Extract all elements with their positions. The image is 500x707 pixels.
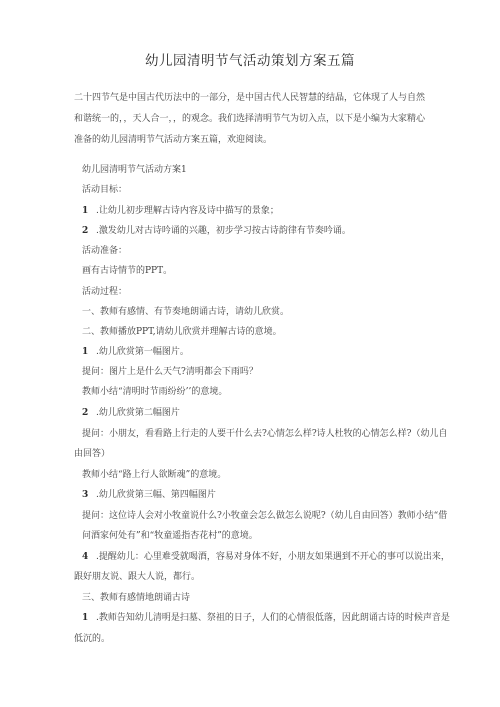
- document-page: 幼儿园清明节气活动策划方案五篇 二十四节气是中国古代历法中的一部分，是中国古代人…: [0, 0, 500, 707]
- sub-step-number: 1: [82, 612, 96, 624]
- sub-step-number: 2: [82, 407, 96, 419]
- sub-step: 3.幼儿欣赏第三幅、第四幅图片: [82, 489, 216, 501]
- section-title: 幼儿园清明节气活动方案1: [82, 164, 187, 176]
- summary-text: 教师小结“路上行人欲断魂”的意境。: [82, 469, 226, 481]
- goal-item: 1.让幼儿初步理解古诗内容及诗中描写的景象；: [82, 205, 279, 217]
- sub-step-number: 4: [82, 551, 96, 563]
- sub-step: 2.幼儿欣赏第二幅图片: [82, 407, 180, 419]
- sub-step-text: .提醒幼儿：心里难受就喝酒，容易对身体不好，小朋友如果遇到不开心的事可以说出来，: [96, 552, 450, 562]
- goal-text: .让幼儿初步理解古诗内容及诗中描写的景象；: [96, 206, 279, 216]
- question-text: 提问：图片上是什么天气?清明都会下雨吗？: [82, 366, 258, 378]
- document-title: 幼儿园清明节气活动策划方案五篇: [0, 49, 500, 69]
- step-one: 一、教师有感情、有节奏地朗诵古诗，请幼儿欣赏。: [82, 306, 289, 318]
- sub-step-text: .幼儿欣赏第二幅图片: [96, 408, 180, 418]
- sub-step-text: .幼儿欣赏第三幅、第四幅图片: [96, 490, 216, 500]
- question-text: 提问：小朋友，看看路上行走的人要干什么去?心情怎么样?诗人杜牧的心情怎么样?（幼…: [82, 428, 447, 440]
- process-label: 活动过程：: [82, 286, 127, 298]
- step-two: 二、教师播放PPT,请幼儿欣赏并理解古诗的意境。: [82, 326, 282, 338]
- goal-item: 2.激发幼儿对古诗吟诵的兴趣，初步学习按古诗韵律有节奏吟诵。: [82, 225, 351, 237]
- intro-paragraph: 二十四节气是中国古代历法中的一部分，是中国古代人民智慧的结晶，它体现了人与自然和…: [74, 88, 430, 151]
- prep-text: 画有古诗情节的PPT。: [82, 265, 172, 277]
- question-text-continued: 由回答）: [74, 448, 110, 460]
- goal-number: 2: [82, 225, 96, 237]
- sub-step: 1.幼儿欣赏第一幅图片。: [82, 346, 189, 358]
- sub-step-number: 1: [82, 346, 96, 358]
- prep-label: 活动准备：: [82, 245, 127, 257]
- goal-number: 1: [82, 205, 96, 217]
- goals-label: 活动目标：: [82, 184, 127, 196]
- question-text: 提问：这位诗人会对小牧童说什么?小牧童会怎么做怎么说呢?（幼儿自由回答）教师小结…: [82, 510, 447, 522]
- summary-text: 教师小结“清明时节雨纷纷’’的意境。: [82, 386, 227, 398]
- sub-step-text: .幼儿欣赏第一幅图片。: [96, 347, 189, 357]
- sub-step: 1.教师告知幼儿清明是扫墓、祭祖的日子，人们的心情很低落，因此朗诵古诗的时候声音…: [82, 612, 450, 624]
- sub-step-text-continued: 低沉的。: [74, 633, 110, 645]
- sub-step-text: .教师告知幼儿清明是扫墓、祭祖的日子，人们的心情很低落，因此朗诵古诗的时候声音是: [96, 613, 450, 623]
- sub-step: 4.提醒幼儿：心里难受就喝酒，容易对身体不好，小朋友如果遇到不开心的事可以说出来…: [82, 551, 450, 563]
- sub-step-text-continued: 跟好朋友说、跟大人说，都行。: [74, 571, 200, 583]
- sub-step-number: 3: [82, 489, 96, 501]
- question-text-continued: 问酒家何处有”和“牧童遥指杏花村”的意境。: [82, 530, 258, 542]
- goal-text: .激发幼儿对古诗吟诵的兴趣，初步学习按古诗韵律有节奏吟诵。: [96, 226, 351, 236]
- step-three: 三、教师有感情地朗诵古诗: [82, 592, 190, 604]
